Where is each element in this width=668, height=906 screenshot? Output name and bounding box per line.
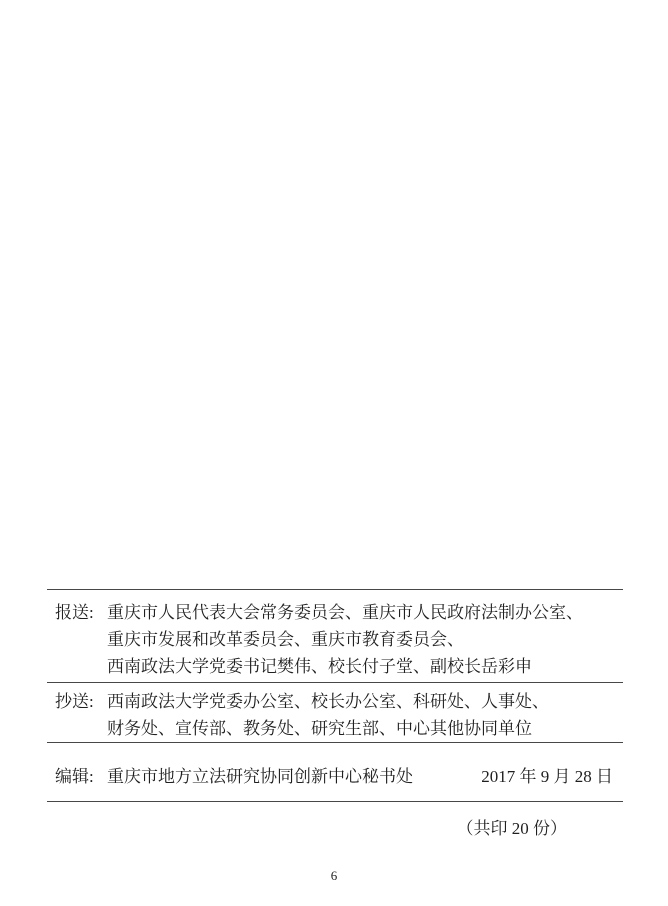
editor-date: 2017 年 9 月 28 日: [481, 763, 613, 790]
document-page: 报送: 重庆市人民代表大会常务委员会、重庆市人民政府法制办公室、 重庆市发展和改…: [0, 0, 668, 906]
report-to-label: 报送:: [47, 599, 107, 626]
editor-label: 编辑:: [47, 763, 107, 790]
report-to-content: 重庆市人民代表大会常务委员会、重庆市人民政府法制办公室、 重庆市发展和改革委员会…: [107, 599, 623, 680]
copy-to-line: 西南政法大学党委办公室、校长办公室、科研处、人事处、: [107, 688, 623, 715]
report-to-line: 西南政法大学党委书记樊伟、校长付子堂、副校长岳彩申: [107, 653, 623, 680]
distribution-block: 报送: 重庆市人民代表大会常务委员会、重庆市人民政府法制办公室、 重庆市发展和改…: [47, 589, 623, 802]
copy-to-label: 抄送:: [47, 688, 107, 715]
report-to-line: 重庆市发展和改革委员会、重庆市教育委员会、: [107, 626, 623, 653]
copy-to-content: 西南政法大学党委办公室、校长办公室、科研处、人事处、 财务处、宣传部、教务处、研…: [107, 688, 623, 742]
report-to-line: 重庆市人民代表大会常务委员会、重庆市人民政府法制办公室、: [107, 599, 623, 626]
section-copy-to: 抄送: 西南政法大学党委办公室、校长办公室、科研处、人事处、 财务处、宣传部、教…: [47, 683, 623, 743]
page-number: 6: [0, 868, 668, 884]
copy-to-line: 财务处、宣传部、教务处、研究生部、中心其他协同单位: [107, 715, 623, 742]
section-editor: 编辑: 重庆市地方立法研究协同创新中心秘书处 2017 年 9 月 28 日: [47, 743, 623, 802]
print-count-note: （共印 20 份）: [47, 817, 623, 841]
editor-name: 重庆市地方立法研究协同创新中心秘书处: [107, 763, 413, 790]
section-report-to: 报送: 重庆市人民代表大会常务委员会、重庆市人民政府法制办公室、 重庆市发展和改…: [47, 589, 623, 683]
